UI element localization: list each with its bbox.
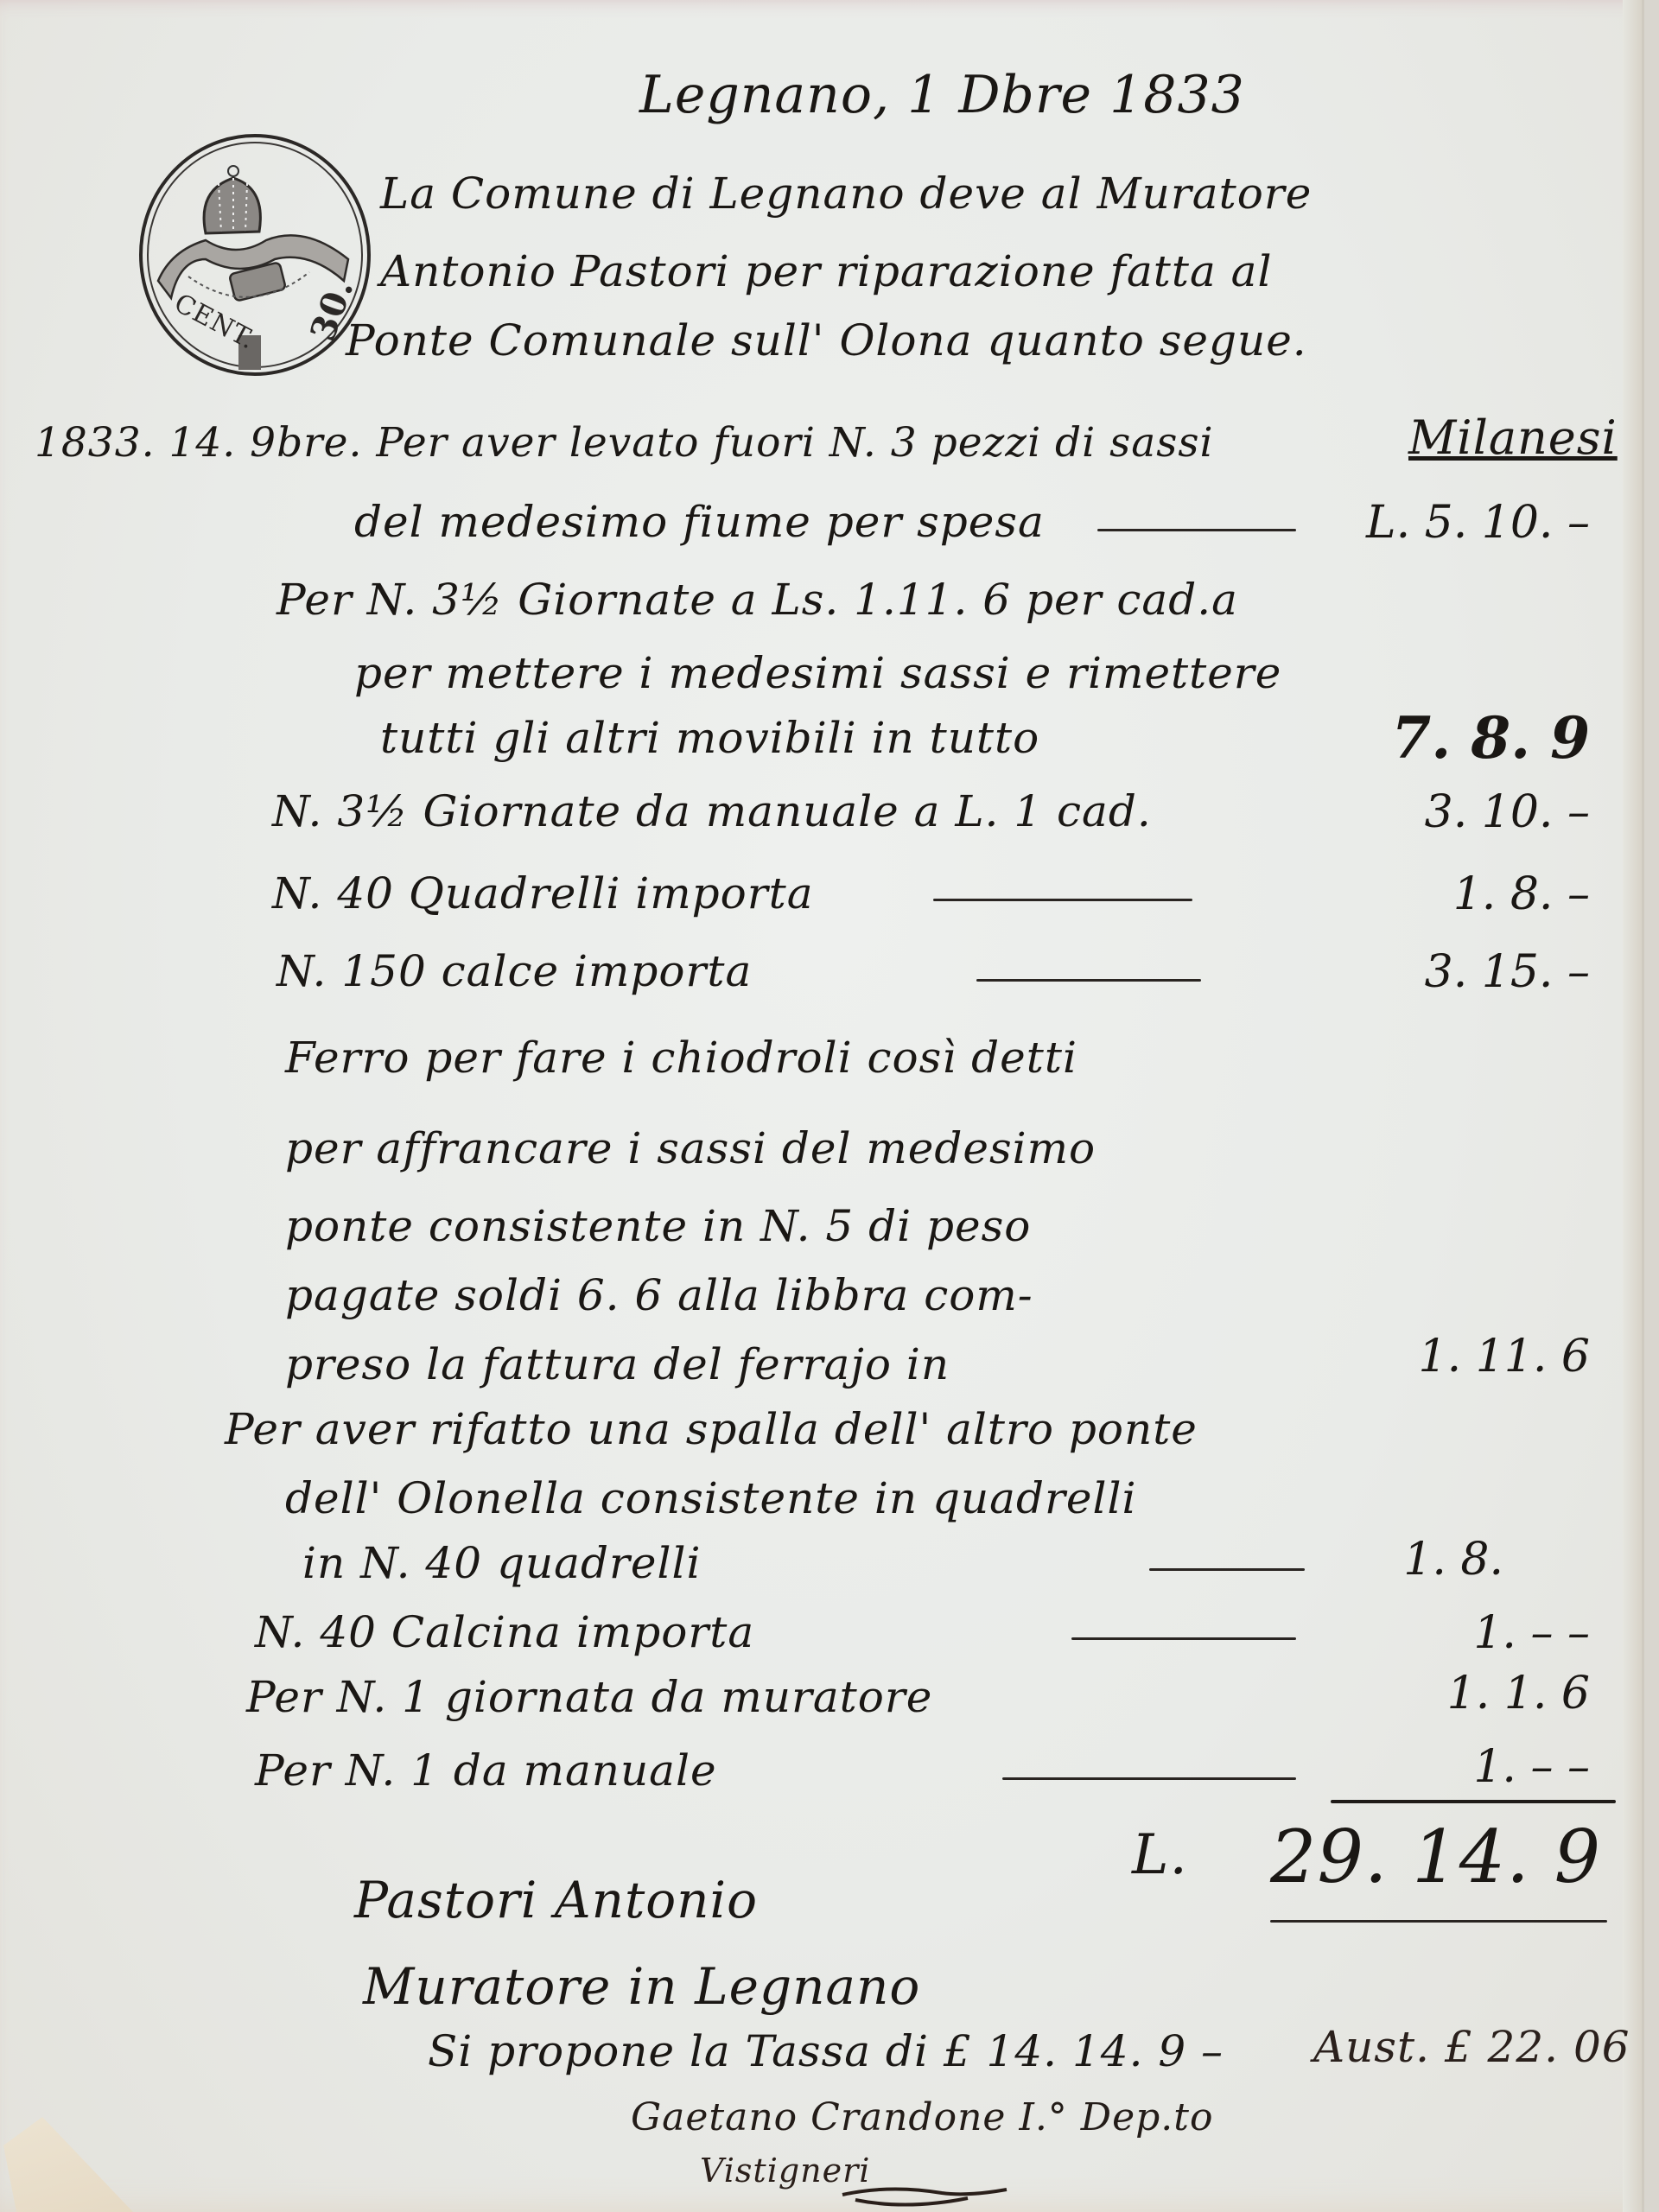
currency-heading: Milanesi (1408, 410, 1618, 465)
folded-corner (3, 2117, 133, 2212)
intro-line-2: Antonio Pastori per riparazione fatta al (380, 246, 1272, 296)
entry-5-amount: 3. 15. – (1425, 946, 1590, 998)
place-date: Legnano, 1 Dbre 1833 (639, 65, 1245, 125)
leader-line (1149, 1568, 1305, 1571)
approval-austrian-amount: Aust. £ 22. 06 (1313, 2022, 1630, 2072)
leader-line (1097, 529, 1296, 531)
signature-flourish (838, 2177, 1011, 2212)
entry-9-amount: 1. 1. 6 (1447, 1668, 1590, 1719)
entry-3-line-1: N. 3½ Giornate da manuale a L. 1 cad. (272, 786, 1152, 836)
approval-signatory: Gaetano Crandone I.° Dep.to (631, 2095, 1213, 2139)
entry-7-line-1: Per aver rifatto una spalla dell' altro … (225, 1404, 1198, 1454)
total-rule (1331, 1800, 1616, 1803)
entry-2-line-2: per mettere i medesimi sassi e rimettere (354, 648, 1281, 698)
entry-1-line-2: del medesimo fiume per spesa (354, 497, 1045, 547)
entry-6-line-4: pagate soldi 6. 6 alla libbra com- (285, 1270, 1033, 1320)
entry-2-line-3: tutti gli altri movibili in tutto (380, 713, 1039, 763)
entry-1-line-1: 1833. 14. 9bre. Per aver levato fuori N.… (35, 419, 1214, 467)
entry-6-line-5: preso la fattura del ferrajo in (285, 1339, 950, 1389)
entry-2-amount: 7. 8. 9 (1391, 704, 1590, 772)
entry-7-line-2: dell' Olonella consistente in quadrelli (285, 1473, 1136, 1523)
signature-title: Muratore in Legnano (363, 1957, 920, 2016)
intro-line-3: Ponte Comunale sull' Olona quanto segue. (346, 315, 1307, 365)
entry-5-line-1: N. 150 calce importa (276, 946, 752, 996)
entry-1-amount: L. 5. 10. – (1366, 497, 1590, 549)
entry-6-amount: 1. 11. 6 (1419, 1331, 1590, 1382)
entry-6-line-3: ponte consistente in N. 5 di peso (285, 1201, 1031, 1251)
entry-4-line-1: N. 40 Quadrelli importa (272, 868, 814, 918)
entry-4-amount: 1. 8. – (1453, 868, 1590, 920)
total-prefix: L. (1132, 1823, 1188, 1887)
entry-6-line-2: per affrancare i sassi del medesimo (285, 1123, 1096, 1173)
entry-8-amount: 1. – – (1473, 1607, 1590, 1659)
entry-8-line-1: N. 40 Calcina importa (255, 1607, 754, 1657)
total-underline (1270, 1920, 1607, 1923)
entry-2-line-1: Per N. 3½ Giornate a Ls. 1.11. 6 per cad… (276, 575, 1238, 625)
total-value: 29. 14. 9 (1270, 1815, 1601, 1899)
entry-7-amount: 1. 8. (1403, 1534, 1503, 1586)
entry-3-amount: 3. 10. – (1425, 786, 1590, 838)
entry-7-line-3: in N. 40 quadrelli (302, 1538, 701, 1588)
intro-line-1: La Comune di Legnano deve al Muratore (380, 168, 1312, 219)
entry-10-amount: 1. – – (1473, 1741, 1590, 1793)
entry-9-line-1: Per N. 1 giornata da muratore (246, 1672, 932, 1722)
leader-line (1002, 1777, 1296, 1780)
leader-line (1071, 1637, 1296, 1640)
approval-text: Si propone la Tassa di £ 14. 14. 9 – (428, 2026, 1224, 2076)
revenue-stamp: CENT. 30. (137, 130, 374, 380)
leader-line (933, 899, 1192, 901)
paper-edge (1623, 0, 1642, 2212)
leader-line (976, 979, 1201, 982)
document-page: Legnano, 1 Dbre 1833 CENT. 30. La Comune… (0, 0, 1644, 2212)
entry-10-line-1: Per N. 1 da manuale (255, 1745, 717, 1796)
entry-6-line-1: Ferro per fare i chiodroli così detti (285, 1033, 1077, 1083)
signature-name: Pastori Antonio (354, 1871, 758, 1929)
